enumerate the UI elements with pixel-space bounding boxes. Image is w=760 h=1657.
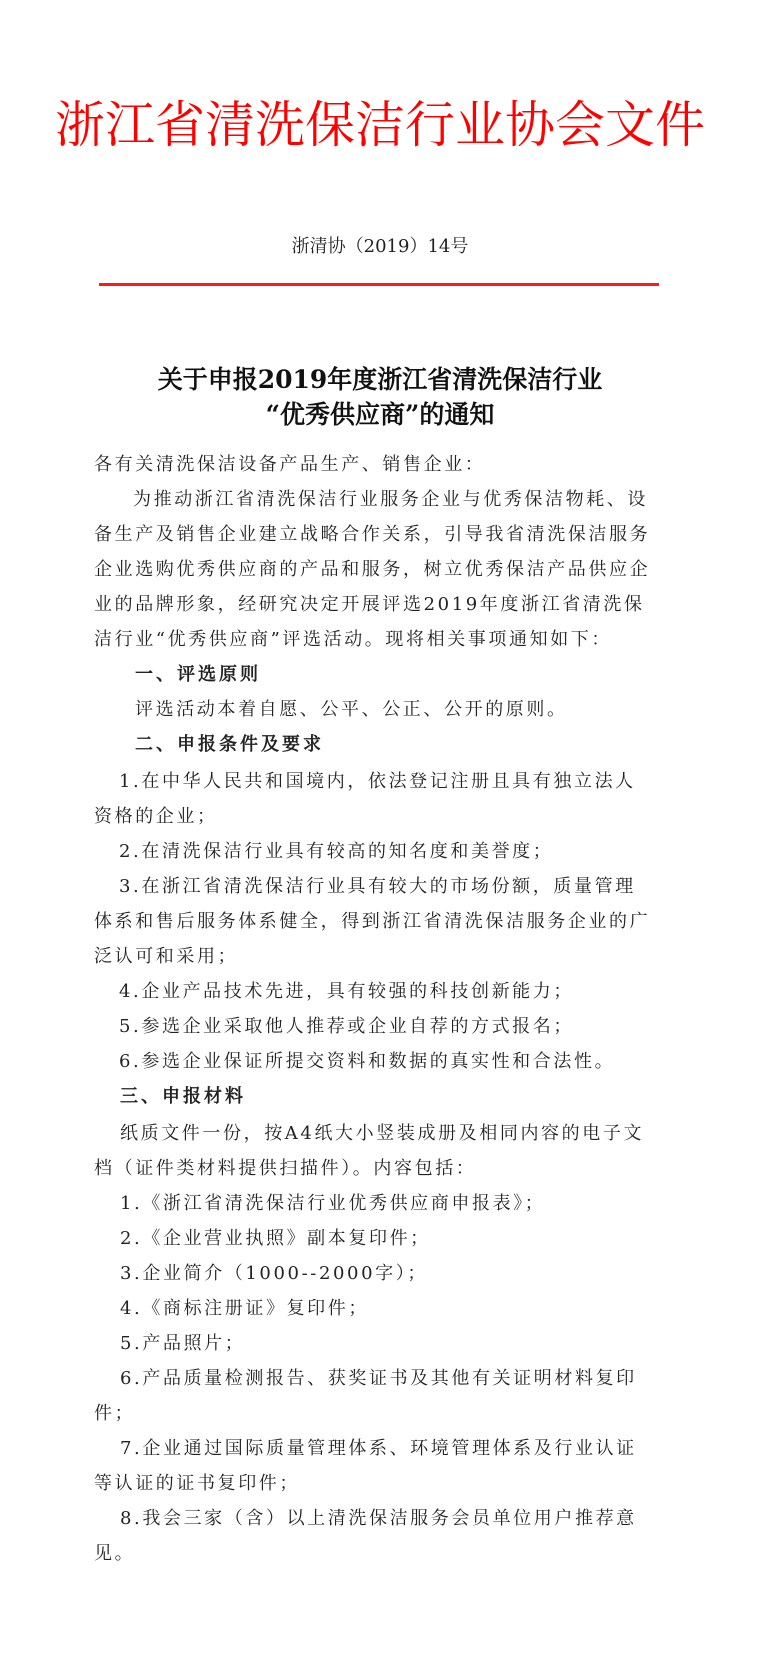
requirement-line: 泛认可和采用； <box>94 945 238 969</box>
requirement-line: 1.在中华人民共和国境内，依法登记注册且具有独立法人 <box>119 770 636 794</box>
materials-line: 2.《企业营业执照》副本复印件； <box>120 1227 431 1251</box>
org-header-title: 浙江省清洗保洁行业协会文件 <box>0 95 760 155</box>
materials-line: 5.产品照片； <box>120 1332 245 1356</box>
notice-title: 关于申报2019年度浙江省清洗保洁行业 “优秀供应商”的通知 <box>0 362 760 432</box>
materials-line: 纸质文件一份，按A4纸大小竖装成册及相同内容的电子文 <box>120 1122 644 1146</box>
materials-line: 4.《商标注册证》复印件； <box>120 1297 369 1321</box>
section-heading-2: 二、申报条件及要求 <box>135 733 324 757</box>
intro-line: 业的品牌形象，经研究决定开展评选2019年度浙江省清洗保 <box>94 593 645 617</box>
requirement-line: 3.在浙江省清洗保洁行业具有较大的市场份额，质量管理 <box>119 875 636 899</box>
materials-line: 1.《浙江省清洗保洁行业优秀供应商申报表》； <box>120 1192 545 1216</box>
requirement-line: 6.参选企业保证所提交资料和数据的真实性和合法性。 <box>119 1050 615 1074</box>
materials-line: 3.企业简介（1000--2000字）； <box>120 1262 428 1286</box>
materials-line: 见。 <box>94 1542 135 1566</box>
salutation: 各有关清洗保洁设备产品生产、销售企业： <box>94 453 485 477</box>
section-heading-1: 一、评选原则 <box>135 663 261 687</box>
section-heading-3: 三、申报材料 <box>120 1085 246 1109</box>
intro-line: 为推动浙江省清洗保洁行业服务企业与优秀保洁物耗、设 <box>133 488 648 512</box>
materials-line: 等认证的证书复印件； <box>94 1472 300 1496</box>
notice-title-line-1: 关于申报2019年度浙江省清洗保洁行业 <box>0 362 760 397</box>
intro-line: 洁行业“优秀供应商”评选活动。现将相关事项通知如下： <box>94 628 612 652</box>
requirement-line: 4.企业产品技术先进，具有较强的科技创新能力； <box>119 980 574 1004</box>
requirement-line: 2.在清洗保洁行业具有较高的知名度和美誉度； <box>119 840 553 864</box>
materials-line: 件； <box>94 1402 135 1426</box>
intro-line: 备生产及销售企业建立战略合作关系，引导我省清洗保洁服务 <box>94 523 650 547</box>
section-1-text: 评选活动本着自愿、公平、公正、公开的原则。 <box>135 698 568 722</box>
notice-title-line-2: “优秀供应商”的通知 <box>0 397 760 432</box>
red-divider-line <box>99 283 659 286</box>
document-number: 浙清协（2019）14号 <box>0 235 760 259</box>
materials-line: 7.企业通过国际质量管理体系、环境管理体系及行业认证 <box>120 1437 637 1461</box>
materials-line: 档（证件类材料提供扫描件）。内容包括： <box>94 1157 476 1181</box>
materials-line: 6.产品质量检测报告、获奖证书及其他有关证明材料复印 <box>120 1367 637 1391</box>
materials-line: 8.我会三家（含）以上清洗保洁服务会员单位用户推荐意 <box>120 1507 637 1531</box>
intro-line: 企业选购优秀供应商的产品和服务，树立优秀保洁产品供应企 <box>94 558 650 582</box>
requirement-line: 5.参选企业采取他人推荐或企业自荐的方式报名； <box>119 1015 574 1039</box>
requirement-line: 资格的企业； <box>94 805 218 829</box>
requirement-line: 体系和售后服务体系健全，得到浙江省清洗保洁服务企业的广 <box>94 910 650 934</box>
